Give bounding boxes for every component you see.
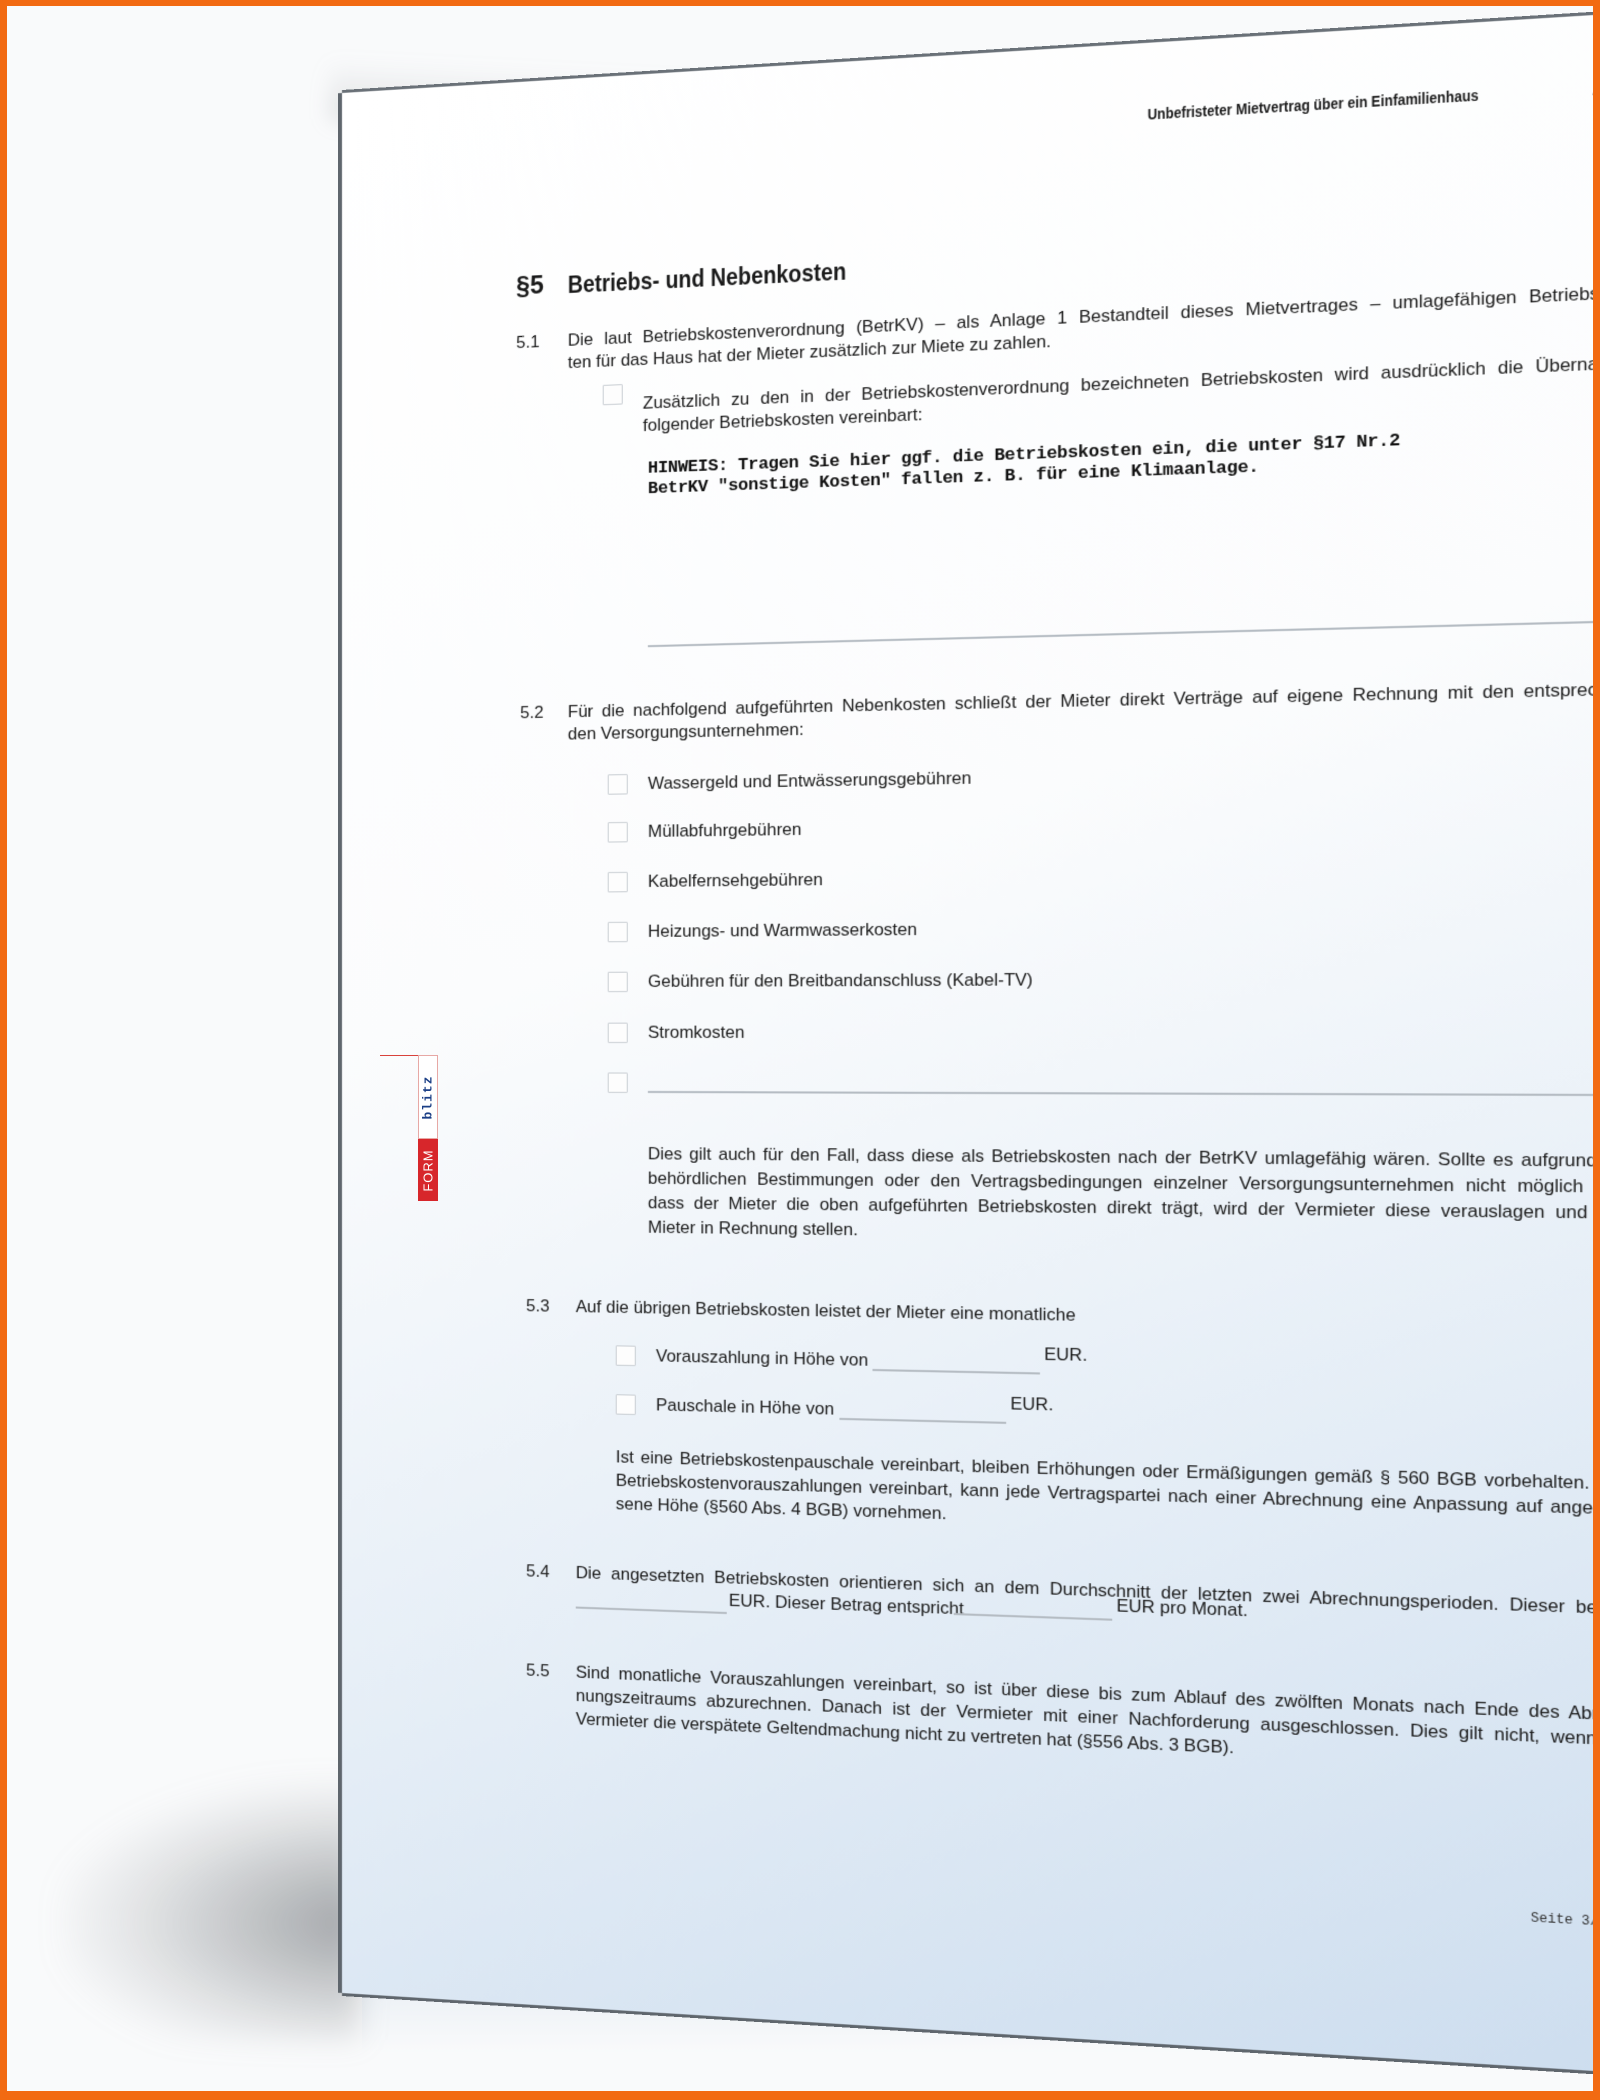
article-number: Art.Nr. 02424	[1593, 78, 1600, 100]
checkbox-strom[interactable]	[608, 1023, 628, 1043]
checkbox-label: Gebühren für den Breitbandanschluss (Kab…	[648, 970, 1033, 992]
clause-number-5-3: 5.3	[526, 1296, 549, 1317]
clause-5-2-line: den Versorgungsunternehmen:	[568, 719, 804, 744]
vorauszahlung-label: Vorauszahlung in Höhe von	[656, 1346, 868, 1371]
formblitz-logo: blitz FORM	[418, 1055, 438, 1201]
monthly-amount-input[interactable]	[954, 1613, 1113, 1621]
clause-number-5-5: 5.5	[526, 1660, 549, 1681]
pauschale-unit: EUR.	[1010, 1394, 1053, 1416]
checkbox-breitband[interactable]	[608, 972, 628, 992]
clause-number-5-4: 5.4	[526, 1561, 549, 1582]
section-title: Betriebs- und Nebenkosten	[568, 258, 846, 300]
checkbox-label: Heizungs- und Warmwasserkosten	[648, 920, 917, 943]
logo-blitz-part: blitz	[418, 1055, 438, 1139]
checkbox-label: Müllabfuhrgebühren	[648, 819, 802, 842]
document-preview: Unbefristeter Mietvertrag über ein Einfa…	[342, 93, 1600, 1993]
vorauszahlung-unit: EUR.	[1044, 1344, 1087, 1366]
checkbox-wassergeld[interactable]	[608, 774, 628, 795]
logo-form-part: FORM	[418, 1139, 438, 1201]
checkbox-label: Kabelfernsehgebühren	[648, 870, 823, 892]
extra-costs-input-line[interactable]	[648, 620, 1600, 647]
average-amount-input[interactable]	[576, 1607, 727, 1615]
pauschale-label: Pauschale in Höhe von	[656, 1395, 834, 1420]
option-extra-costs-checkbox[interactable]	[603, 384, 623, 405]
clause-number-5-1: 5.1	[516, 332, 539, 353]
checkbox-label: Stromkosten	[648, 1022, 745, 1043]
logo-blitz-text: blitz	[421, 1075, 436, 1119]
clause-5-2-note: Mieter in Rechnung stellen.	[648, 1217, 858, 1240]
checkbox-label: Wassergeld und Entwässerungsgebühren	[648, 768, 972, 794]
document-page: Unbefristeter Mietvertrag über ein Einfa…	[342, 3, 1600, 2083]
logo-form-text: FORM	[421, 1149, 436, 1191]
clause-5-4-end: EUR pro Monat.	[1116, 1596, 1247, 1622]
clause-5-2-line: Für die nachfolgend aufgeführten Nebenko…	[568, 678, 1600, 722]
page-shadow	[60, 1780, 360, 2040]
custom-cost-input-line[interactable]	[648, 1091, 1600, 1096]
page-number: Seite 3/ 9	[1531, 1911, 1600, 1931]
section-number: §5	[516, 271, 544, 302]
pauschale-amount-input[interactable]	[839, 1418, 1006, 1424]
clause-number-5-2: 5.2	[520, 703, 543, 724]
checkbox-custom[interactable]	[608, 1073, 628, 1093]
checkbox-kabelfernsehen[interactable]	[608, 872, 628, 893]
clause-5-3-intro: Auf die übrigen Betriebskosten leistet d…	[576, 1297, 1076, 1326]
document-header-title: Unbefristeter Mietvertrag über ein Einfa…	[1148, 87, 1479, 123]
vorauszahlung-amount-input[interactable]	[872, 1369, 1039, 1375]
clause-5-2-note: Dies gilt auch für den Fall, dass diese …	[648, 1144, 1600, 1172]
checkbox-pauschale[interactable]	[616, 1394, 636, 1415]
checkbox-vorauszahlung[interactable]	[616, 1345, 636, 1366]
checkbox-heizung-warmwasser[interactable]	[608, 922, 628, 943]
checkbox-muellabfuhr[interactable]	[608, 822, 628, 843]
